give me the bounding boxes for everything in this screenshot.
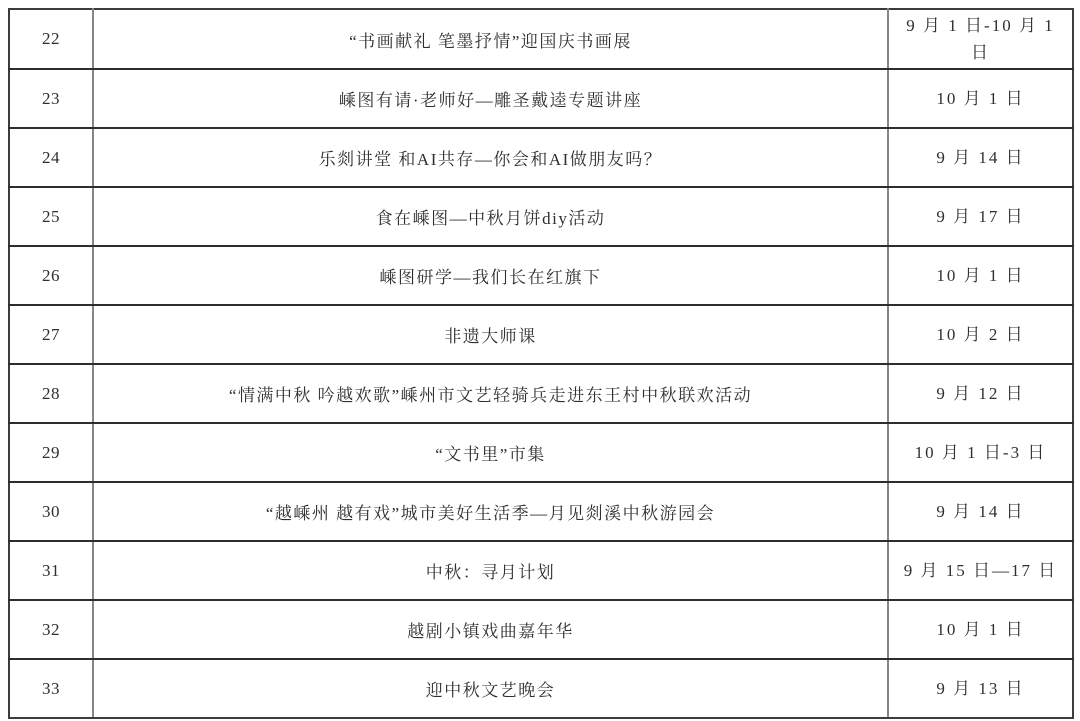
table-row: 25 食在嵊图—中秋月饼diy活动 9 月 17 日 [9, 187, 1073, 246]
date-cell: 10 月 1 日 [888, 69, 1073, 128]
date-cell: 9 月 13 日 [888, 659, 1073, 718]
event-name-cell: 非遗大师课 [93, 305, 888, 364]
table-row: 23 嵊图有请·老师好—雕圣戴逵专题讲座 10 月 1 日 [9, 69, 1073, 128]
table-row: 26 嵊图研学—我们长在红旗下 10 月 1 日 [9, 246, 1073, 305]
table-row: 28 “情满中秋 吟越欢歌”嵊州市文艺轻骑兵走进东王村中秋联欢活动 9 月 12… [9, 364, 1073, 423]
row-number-cell: 23 [9, 69, 93, 128]
row-number-cell: 28 [9, 364, 93, 423]
table-row: 31 中秋：寻月计划 9 月 15 日—17 日 [9, 541, 1073, 600]
row-number-cell: 25 [9, 187, 93, 246]
date-cell: 9 月 1 日-10 月 1 日 [888, 9, 1073, 69]
row-number-cell: 30 [9, 482, 93, 541]
table-row: 33 迎中秋文艺晚会 9 月 13 日 [9, 659, 1073, 718]
event-name-cell: 食在嵊图—中秋月饼diy活动 [93, 187, 888, 246]
event-name-cell: 嵊图有请·老师好—雕圣戴逵专题讲座 [93, 69, 888, 128]
row-number-cell: 27 [9, 305, 93, 364]
row-number-cell: 22 [9, 9, 93, 69]
events-table: 22 “书画献礼 笔墨抒情”迎国庆书画展 9 月 1 日-10 月 1 日 23… [8, 8, 1074, 719]
row-number-cell: 33 [9, 659, 93, 718]
event-name-cell: 乐剡讲堂 和AI共存—你会和AI做朋友吗？ [93, 128, 888, 187]
table-row: 29 “文书里”市集 10 月 1 日-3 日 [9, 423, 1073, 482]
event-name-cell: 中秋：寻月计划 [93, 541, 888, 600]
date-cell: 10 月 1 日-3 日 [888, 423, 1073, 482]
event-name-cell: 嵊图研学—我们长在红旗下 [93, 246, 888, 305]
date-cell: 10 月 1 日 [888, 600, 1073, 659]
table-row: 22 “书画献礼 笔墨抒情”迎国庆书画展 9 月 1 日-10 月 1 日 [9, 9, 1073, 69]
date-cell: 10 月 1 日 [888, 246, 1073, 305]
date-cell: 9 月 14 日 [888, 482, 1073, 541]
event-name-cell: “文书里”市集 [93, 423, 888, 482]
row-number-cell: 24 [9, 128, 93, 187]
row-number-cell: 29 [9, 423, 93, 482]
date-cell: 9 月 15 日—17 日 [888, 541, 1073, 600]
event-name-cell: “越嵊州 越有戏”城市美好生活季—月见剡溪中秋游园会 [93, 482, 888, 541]
row-number-cell: 32 [9, 600, 93, 659]
date-cell: 9 月 14 日 [888, 128, 1073, 187]
table-row: 24 乐剡讲堂 和AI共存—你会和AI做朋友吗？ 9 月 14 日 [9, 128, 1073, 187]
row-number-cell: 31 [9, 541, 93, 600]
document-page: 22 “书画献礼 笔墨抒情”迎国庆书画展 9 月 1 日-10 月 1 日 23… [0, 0, 1080, 721]
table-row: 32 越剧小镇戏曲嘉年华 10 月 1 日 [9, 600, 1073, 659]
event-name-cell: 越剧小镇戏曲嘉年华 [93, 600, 888, 659]
date-cell: 10 月 2 日 [888, 305, 1073, 364]
event-name-cell: “书画献礼 笔墨抒情”迎国庆书画展 [93, 9, 888, 69]
event-name-cell: “情满中秋 吟越欢歌”嵊州市文艺轻骑兵走进东王村中秋联欢活动 [93, 364, 888, 423]
date-cell: 9 月 12 日 [888, 364, 1073, 423]
date-cell: 9 月 17 日 [888, 187, 1073, 246]
row-number-cell: 26 [9, 246, 93, 305]
table-row: 27 非遗大师课 10 月 2 日 [9, 305, 1073, 364]
event-name-cell: 迎中秋文艺晚会 [93, 659, 888, 718]
table-row: 30 “越嵊州 越有戏”城市美好生活季—月见剡溪中秋游园会 9 月 14 日 [9, 482, 1073, 541]
